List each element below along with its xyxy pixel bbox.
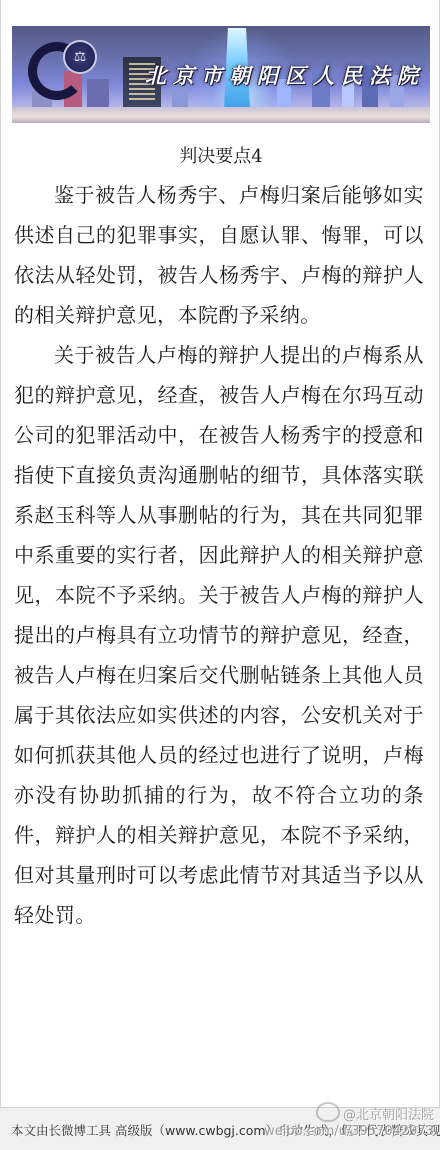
watermark-url: weibo.com/u/3957042973 xyxy=(264,1124,434,1140)
building xyxy=(87,79,109,109)
long-weibo-page: ⚖ 北京市朝阳区人民法院 判决要点4 鉴于被告人杨秀宇、卢梅归案后能够如实供述自… xyxy=(0,0,440,1108)
article-title: 判决要点4 xyxy=(1,145,440,169)
scales-icon: ⚖ xyxy=(74,49,87,65)
court-name-title: 北京市朝阳区人民法院 xyxy=(145,60,425,90)
watermark-handle: @北京朝阳法院 xyxy=(264,1108,434,1124)
generator-footer: 本文由长微博工具 高级版（www.cwbgj.com）自动生成，但不代表赞成其观… xyxy=(0,1108,440,1150)
article-body: 鉴于被告人杨秀宇、卢梅归案后能够如实供述自己的犯罪事实，自愿认罪、悔罪，可以依法… xyxy=(14,175,424,935)
court-emblem-scales-icon: ⚖ xyxy=(63,40,97,74)
court-banner-image: ⚖ 北京市朝阳区人民法院 xyxy=(12,26,430,123)
paragraph: 关于被告人卢梅的辩护人提出的卢梅系从犯的辩护意见，经查，被告人卢梅在尔玛互动公司… xyxy=(14,335,424,935)
city-lights-ground xyxy=(12,107,430,123)
weibo-watermark: @北京朝阳法院 weibo.com/u/3957042973 xyxy=(264,1108,434,1140)
paragraph: 鉴于被告人杨秀宇、卢梅归案后能够如实供述自己的犯罪事实，自愿认罪、悔罪，可以依法… xyxy=(14,175,424,335)
